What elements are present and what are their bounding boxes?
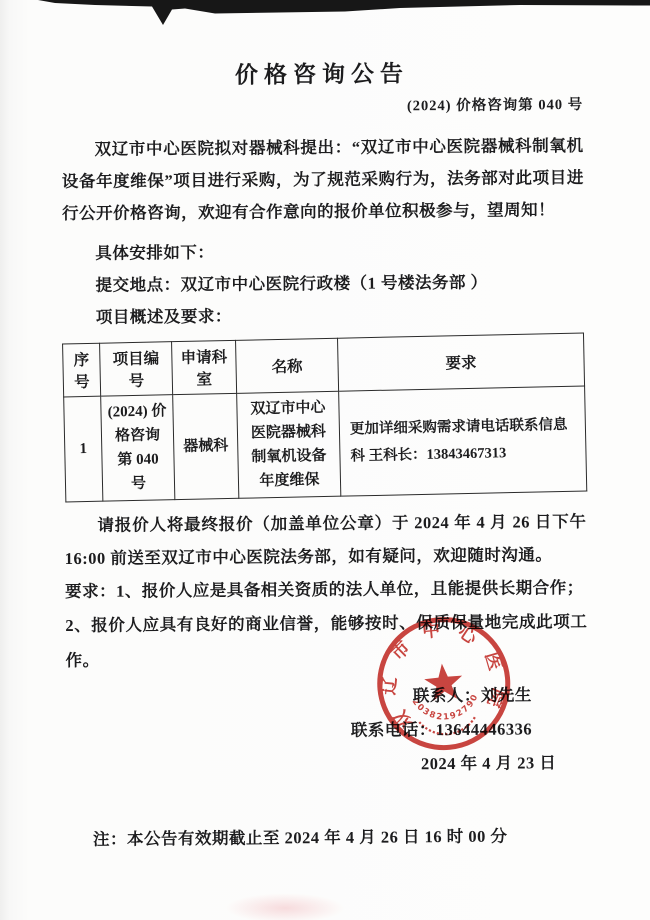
submit-location: 提交地点：双辽市中心医院行政楼（1 号楼法务部 ） bbox=[63, 266, 585, 302]
header-project-no: 项目编号 bbox=[100, 342, 173, 396]
document-number: (2024) 价格咨询第 040 号 bbox=[61, 93, 583, 118]
header-index: 序号 bbox=[63, 343, 101, 397]
cell-index: 1 bbox=[64, 396, 103, 502]
overview-heading: 项目概述及要求： bbox=[63, 298, 585, 334]
header-department: 申请科室 bbox=[172, 340, 237, 394]
deadline-paragraph: 请报价人将最终报价（加盖单位公章）于 2024 年 4 月 26 日下午 16:… bbox=[64, 505, 587, 575]
cell-name: 双辽市中心医院器械科制氧机设备年度维保 bbox=[237, 391, 341, 498]
cell-project-no: (2024) 价格咨询第 040 号 bbox=[101, 395, 175, 501]
cell-department: 器械科 bbox=[173, 393, 239, 499]
header-name: 名称 bbox=[236, 338, 339, 393]
arrangement-heading: 具体安排如下： bbox=[62, 234, 584, 270]
document-page: 价格咨询公告 (2024) 价格咨询第 040 号 双辽市中心医院拟对器械科提出… bbox=[0, 0, 650, 920]
project-table: 序号 项目编号 申请科室 名称 要求 1 (2024) 价格咨询第 040 号 … bbox=[62, 333, 587, 503]
intro-paragraph: 双辽市中心医院拟对器械科提出：“双辽市中心医院器械科制氧机设备年度维保”项目进行… bbox=[61, 130, 584, 230]
page-title: 价格咨询公告 bbox=[61, 54, 583, 91]
scan-edge-artifact bbox=[0, 0, 650, 26]
table-row: 1 (2024) 价格咨询第 040 号 器械科 双辽市中心医院器械科制氧机设备… bbox=[64, 386, 587, 502]
official-seal: 双辽市中心医院 2203821927906 bbox=[367, 605, 520, 763]
header-requirement: 要求 bbox=[338, 333, 585, 391]
document-date: 2024 年 4 月 23 日 bbox=[66, 746, 588, 784]
seal-star-icon bbox=[423, 662, 464, 702]
cell-requirement: 更加详细采购需求请电话联系信息科 王科长：13843467313 bbox=[339, 386, 587, 496]
scan-smudge-artifact bbox=[225, 893, 345, 920]
validity-note: 注：本公告有效期截止至 2024 年 4 月 26 日 16 时 00 分 bbox=[93, 822, 589, 850]
requirements-line-1: 要求：1、报价人应是具备相关资质的法人单位，且能提供长期合作； bbox=[65, 571, 587, 608]
